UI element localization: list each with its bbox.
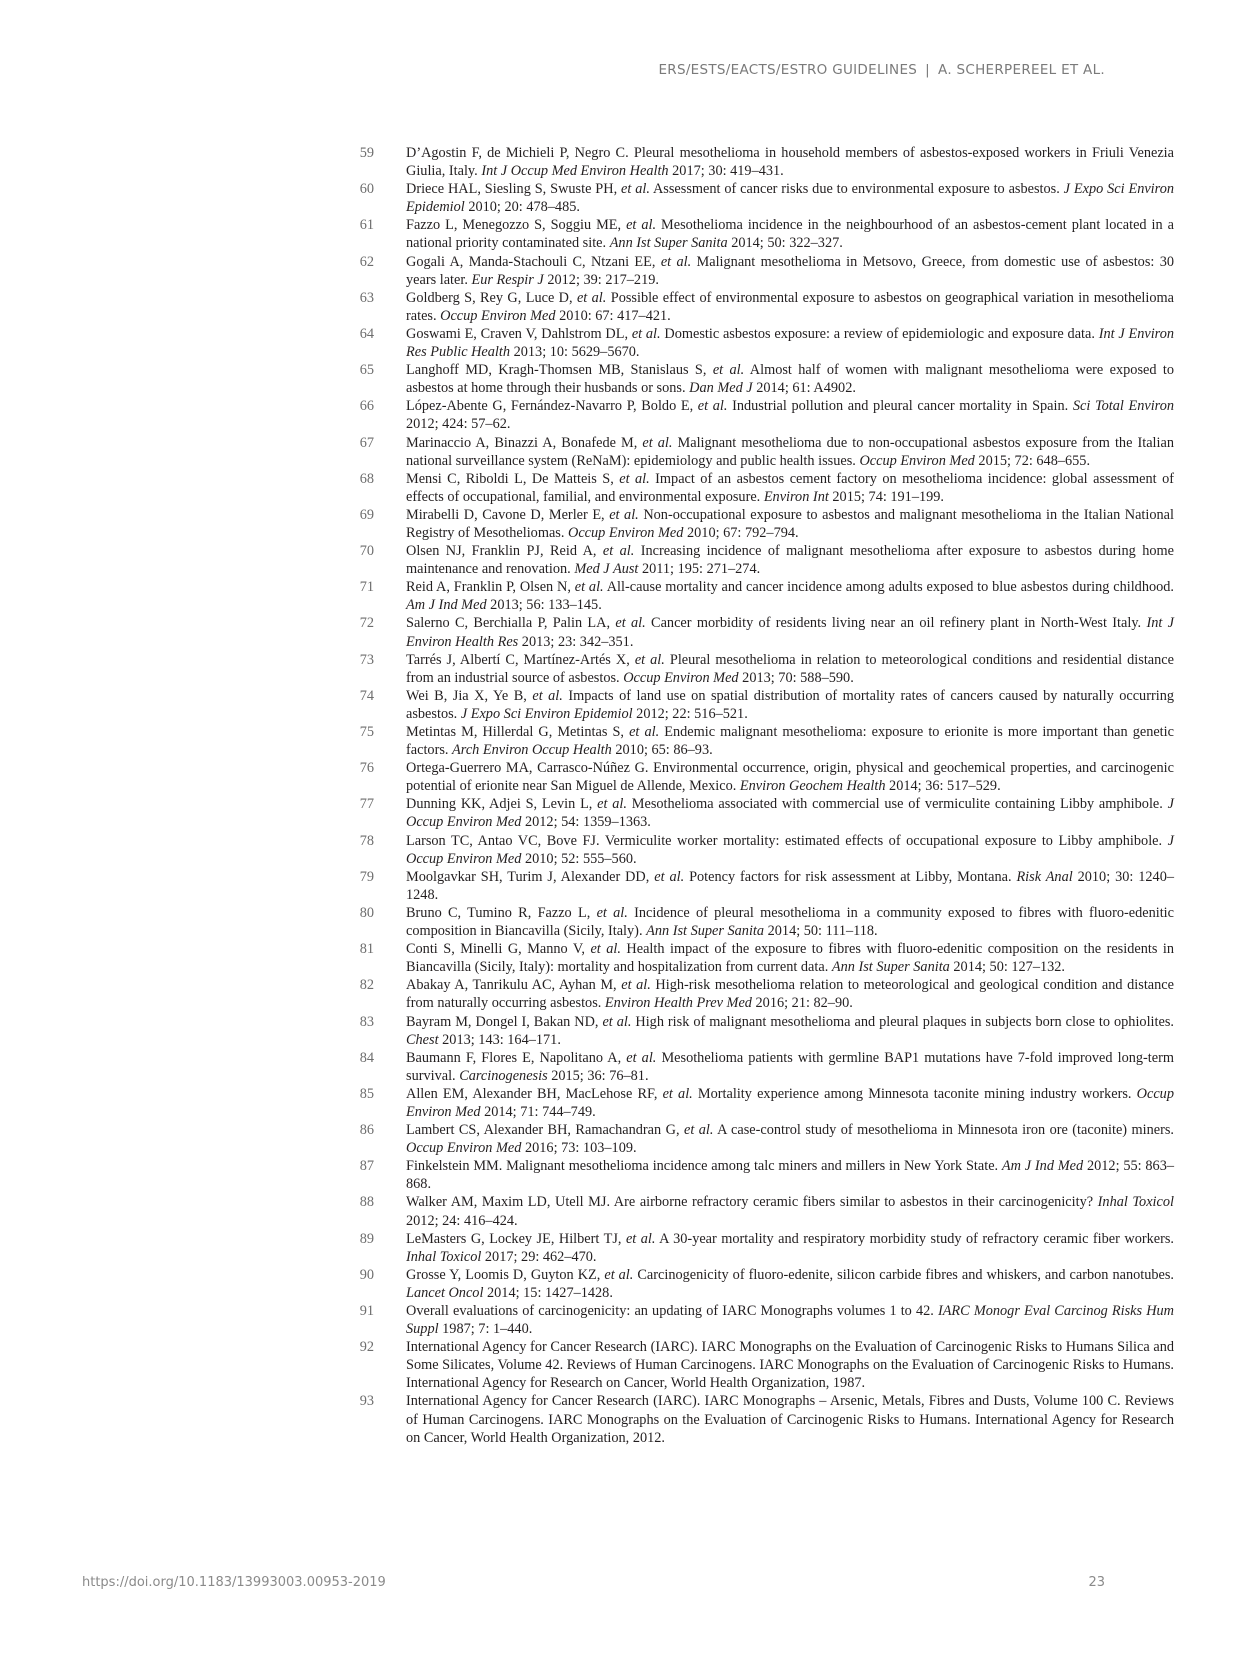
author-line: A. SCHERPEREEL ET AL. <box>938 62 1105 78</box>
reference-citation: 2010: 67: 417–421. <box>556 308 671 324</box>
reference-text: Driece HAL, Siesling S, Swuste PH, <box>406 181 621 197</box>
reference-item: 85Allen EM, Alexander BH, MacLehose RF, … <box>352 1085 1174 1121</box>
reference-text: López-Abente G, Fernández-Navarro P, Bol… <box>406 398 698 414</box>
reference-number: 78 <box>352 832 374 850</box>
reference-number: 87 <box>352 1157 374 1175</box>
reference-et-al: et al. <box>635 652 665 668</box>
reference-et-al: et al. <box>684 1122 713 1138</box>
reference-citation: 2013; 70: 588–590. <box>739 670 854 686</box>
reference-text: Finkelstein MM. Malignant mesothelioma i… <box>406 1158 1002 1174</box>
reference-citation: 2015; 74: 191–199. <box>829 489 944 505</box>
page-number: 23 <box>1088 1575 1105 1590</box>
reference-journal: Eur Respir J <box>472 272 544 288</box>
journal-section: ERS/ESTS/EACTS/ESTRO GUIDELINES <box>658 62 917 78</box>
reference-number: 93 <box>352 1392 374 1410</box>
reference-item: 77Dunning KK, Adjei S, Levin L, et al. M… <box>352 795 1174 831</box>
reference-citation: 2015; 36: 76–81. <box>548 1068 649 1084</box>
reference-et-al: et al. <box>575 579 604 595</box>
reference-item: 75Metintas M, Hillerdal G, Metintas S, e… <box>352 723 1174 759</box>
reference-item: 72Salerno C, Berchialla P, Palin LA, et … <box>352 614 1174 650</box>
reference-text: International Agency for Cancer Research… <box>406 1339 1174 1391</box>
reference-number: 92 <box>352 1338 374 1356</box>
reference-number: 84 <box>352 1049 374 1067</box>
reference-item: 81Conti S, Minelli G, Manno V, et al. He… <box>352 940 1174 976</box>
reference-journal: Am J Ind Med <box>406 597 487 613</box>
reference-item: 79Moolgavkar SH, Turim J, Alexander DD, … <box>352 868 1174 904</box>
reference-citation: 2016; 73: 103–109. <box>521 1140 636 1156</box>
reference-number: 62 <box>352 253 374 271</box>
reference-item: 73Tarrés J, Albertí C, Martínez-Artés X,… <box>352 651 1174 687</box>
reference-et-al: et al. <box>619 471 649 487</box>
reference-item: 89LeMasters G, Lockey JE, Hilbert TJ, et… <box>352 1230 1174 1266</box>
reference-journal: Lancet Oncol <box>406 1285 483 1301</box>
reference-number: 74 <box>352 687 374 705</box>
reference-item: 91Overall evaluations of carcinogenicity… <box>352 1302 1174 1338</box>
reference-et-al: et al. <box>713 362 744 378</box>
reference-text: Metintas M, Hillerdal G, Metintas S, <box>406 724 629 740</box>
reference-number: 90 <box>352 1266 374 1284</box>
reference-item: 82Abakay A, Tanrikulu AC, Ayhan M, et al… <box>352 976 1174 1012</box>
reference-title: Domestic asbestos exposure: a review of … <box>661 326 1099 342</box>
reference-et-al: et al. <box>615 615 645 631</box>
reference-text: LeMasters G, Lockey JE, Hilbert TJ, <box>406 1231 626 1247</box>
reference-citation: 2013; 143: 164–171. <box>439 1032 561 1048</box>
reference-number: 80 <box>352 904 374 922</box>
reference-number: 67 <box>352 434 374 452</box>
reference-number: 82 <box>352 976 374 994</box>
reference-item: 93International Agency for Cancer Resear… <box>352 1392 1174 1446</box>
reference-citation: 2012; 54: 1359–1363. <box>521 814 650 830</box>
reference-number: 70 <box>352 542 374 560</box>
reference-number: 76 <box>352 759 374 777</box>
reference-text: Goldberg S, Rey G, Luce D, <box>406 290 577 306</box>
reference-number: 68 <box>352 470 374 488</box>
reference-number: 79 <box>352 868 374 886</box>
reference-title: Industrial pollution and pleural cancer … <box>727 398 1072 414</box>
reference-item: 86Lambert CS, Alexander BH, Ramachandran… <box>352 1121 1174 1157</box>
reference-item: 92International Agency for Cancer Resear… <box>352 1338 1174 1392</box>
reference-et-al: et al. <box>661 254 691 270</box>
reference-number: 81 <box>352 940 374 958</box>
reference-citation: 2013; 56: 133–145. <box>487 597 602 613</box>
reference-text: International Agency for Cancer Research… <box>406 1393 1174 1445</box>
reference-item: 64Goswami E, Craven V, Dahlstrom DL, et … <box>352 325 1174 361</box>
reference-title: High risk of malignant mesothelioma and … <box>631 1014 1174 1030</box>
reference-text: Walker AM, Maxim LD, Utell MJ. Are airbo… <box>406 1194 1098 1210</box>
reference-et-al: et al. <box>626 1231 656 1247</box>
reference-item: 59D’Agostin F, de Michieli P, Negro C. P… <box>352 144 1174 180</box>
reference-item: 61Fazzo L, Menegozzo S, Soggiu ME, et al… <box>352 216 1174 252</box>
reference-journal: Ann Ist Super Sanita <box>610 235 728 251</box>
reference-citation: 2012; 39: 217–219. <box>544 272 659 288</box>
reference-number: 64 <box>352 325 374 343</box>
reference-text: Fazzo L, Menegozzo S, Soggiu ME, <box>406 217 626 233</box>
reference-item: 80Bruno C, Tumino R, Fazzo L, et al. Inc… <box>352 904 1174 940</box>
reference-text: Marinaccio A, Binazzi A, Bonafede M, <box>406 435 642 451</box>
reference-citation: 2010; 67: 792–794. <box>683 525 798 541</box>
reference-journal: Environ Int <box>764 489 829 505</box>
reference-et-al: et al. <box>626 217 656 233</box>
reference-text: Olsen NJ, Franklin PJ, Reid A, <box>406 543 603 559</box>
reference-citation: 2010; 65: 86–93. <box>612 742 713 758</box>
reference-item: 74Wei B, Jia X, Ye B, et al. Impacts of … <box>352 687 1174 723</box>
reference-journal: Dan Med J <box>689 380 753 396</box>
reference-et-al: et al. <box>532 688 563 704</box>
reference-et-al: et al. <box>597 796 627 812</box>
reference-journal: Med J Aust <box>574 561 638 577</box>
reference-number: 61 <box>352 216 374 234</box>
reference-text: Wei B, Jia X, Ye B, <box>406 688 532 704</box>
reference-item: 60Driece HAL, Siesling S, Swuste PH, et … <box>352 180 1174 216</box>
reference-journal: Occup Environ Med <box>440 308 555 324</box>
reference-journal: Chest <box>406 1032 439 1048</box>
reference-number: 83 <box>352 1013 374 1031</box>
reference-et-al: et al. <box>626 1050 656 1066</box>
doi-link[interactable]: https://doi.org/10.1183/13993003.00953-2… <box>82 1575 386 1590</box>
reference-et-al: et al. <box>642 435 672 451</box>
reference-text: Conti S, Minelli G, Manno V, <box>406 941 590 957</box>
reference-text: Allen EM, Alexander BH, MacLehose RF, <box>406 1086 663 1102</box>
reference-number: 69 <box>352 506 374 524</box>
reference-journal: J Expo Sci Environ Epidemiol <box>461 706 633 722</box>
reference-text: Overall evaluations of carcinogenicity: … <box>406 1303 938 1319</box>
reference-citation: 2013; 10: 5629–5670. <box>510 344 639 360</box>
reference-text: Lambert CS, Alexander BH, Ramachandran G… <box>406 1122 684 1138</box>
reference-citation: 2012; 24: 416–424. <box>406 1213 518 1229</box>
reference-text: Abakay A, Tanrikulu AC, Ayhan M, <box>406 977 621 993</box>
reference-list: 59D’Agostin F, de Michieli P, Negro C. P… <box>352 144 1174 1447</box>
reference-title: A 30-year mortality and respiratory morb… <box>655 1231 1174 1247</box>
reference-citation: 2014; 50: 127–132. <box>950 959 1065 975</box>
reference-et-al: et al. <box>603 543 634 559</box>
reference-item: 69Mirabelli D, Cavone D, Merler E, et al… <box>352 506 1174 542</box>
reference-text: Mirabelli D, Cavone D, Merler E, <box>406 507 609 523</box>
reference-et-al: et al. <box>597 905 628 921</box>
reference-item: 90Grosse Y, Loomis D, Guyton KZ, et al. … <box>352 1266 1174 1302</box>
reference-number: 88 <box>352 1193 374 1211</box>
reference-journal: Carcinogenesis <box>459 1068 547 1084</box>
reference-text: Grosse Y, Loomis D, Guyton KZ, <box>406 1267 604 1283</box>
reference-title: Assessment of cancer risks due to enviro… <box>650 181 1064 197</box>
reference-item: 88Walker AM, Maxim LD, Utell MJ. Are air… <box>352 1193 1174 1229</box>
reference-number: 91 <box>352 1302 374 1320</box>
reference-journal: Occup Environ Med <box>406 1140 521 1156</box>
reference-title: Carcinogenicity of fluoro-edenite, silic… <box>633 1267 1174 1283</box>
reference-citation: 2012; 22: 516–521. <box>633 706 748 722</box>
reference-et-al: et al. <box>654 869 684 885</box>
reference-journal: Occup Environ Med <box>859 453 974 469</box>
reference-et-al: et al. <box>577 290 606 306</box>
reference-item: 67Marinaccio A, Binazzi A, Bonafede M, e… <box>352 434 1174 470</box>
reference-text: Reid A, Franklin P, Olsen N, <box>406 579 575 595</box>
reference-citation: 2013; 23: 342–351. <box>518 634 633 650</box>
reference-text: Bayram M, Dongel I, Bakan ND, <box>406 1014 602 1030</box>
reference-number: 86 <box>352 1121 374 1139</box>
reference-text: Dunning KK, Adjei S, Levin L, <box>406 796 597 812</box>
reference-citation: 2014; 61: A4902. <box>753 380 856 396</box>
reference-item: 87Finkelstein MM. Malignant mesothelioma… <box>352 1157 1174 1193</box>
reference-item: 68Mensi C, Riboldi L, De Matteis S, et a… <box>352 470 1174 506</box>
reference-journal: Occup Environ Med <box>568 525 683 541</box>
reference-item: 71Reid A, Franklin P, Olsen N, et al. Al… <box>352 578 1174 614</box>
reference-title: Mesothelioma associated with commercial … <box>627 796 1168 812</box>
reference-item: 65Langhoff MD, Kragh-Thomsen MB, Stanisl… <box>352 361 1174 397</box>
reference-item: 66López-Abente G, Fernández-Navarro P, B… <box>352 397 1174 433</box>
reference-citation: 2014; 50: 111–118. <box>764 923 878 939</box>
reference-citation: 2014; 15: 1427–1428. <box>483 1285 612 1301</box>
reference-journal: Ann Ist Super Sanita <box>832 959 950 975</box>
reference-et-al: et al. <box>621 977 651 993</box>
reference-journal: Ann Ist Super Sanita <box>646 923 764 939</box>
reference-et-al: et al. <box>609 507 639 523</box>
reference-text: Bruno C, Tumino R, Fazzo L, <box>406 905 597 921</box>
reference-citation: 2017; 29: 462–470. <box>481 1249 596 1265</box>
reference-number: 77 <box>352 795 374 813</box>
reference-text: Tarrés J, Albertí C, Martínez-Artés X, <box>406 652 635 668</box>
reference-item: 78Larson TC, Antao VC, Bove FJ. Vermicul… <box>352 832 1174 868</box>
reference-et-al: et al. <box>602 1014 631 1030</box>
reference-citation: 2017; 30: 419–431. <box>669 163 784 179</box>
reference-number: 65 <box>352 361 374 379</box>
reference-number: 59 <box>352 144 374 162</box>
reference-citation: 1987; 7: 1–440. <box>439 1321 533 1337</box>
reference-journal: Sci Total Environ <box>1073 398 1174 414</box>
reference-et-al: et al. <box>590 941 621 957</box>
reference-citation: 2012; 424: 57–62. <box>406 416 510 432</box>
reference-journal: Environ Health Prev Med <box>605 995 752 1011</box>
reference-item: 70Olsen NJ, Franklin PJ, Reid A, et al. … <box>352 542 1174 578</box>
reference-text: Mensi C, Riboldi L, De Matteis S, <box>406 471 619 487</box>
reference-title: All-cause mortality and cancer incidence… <box>604 579 1174 595</box>
reference-et-al: et al. <box>663 1086 693 1102</box>
reference-number: 73 <box>352 651 374 669</box>
reference-citation: 2015; 72: 648–655. <box>975 453 1090 469</box>
reference-item: 62Gogali A, Manda-Stachouli C, Ntzani EE… <box>352 253 1174 289</box>
reference-title: Cancer morbidity of residents living nea… <box>646 615 1147 631</box>
reference-text: Langhoff MD, Kragh-Thomsen MB, Stanislau… <box>406 362 713 378</box>
reference-number: 85 <box>352 1085 374 1103</box>
reference-citation: 2010; 52: 555–560. <box>521 851 636 867</box>
running-head: ERS/ESTS/EACTS/ESTRO GUIDELINES|A. SCHER… <box>658 62 1105 78</box>
reference-et-al: et al. <box>629 724 659 740</box>
reference-item: 63Goldberg S, Rey G, Luce D, et al. Poss… <box>352 289 1174 325</box>
reference-number: 60 <box>352 180 374 198</box>
reference-et-al: et al. <box>604 1267 633 1283</box>
reference-item: 84Baumann F, Flores E, Napolitano A, et … <box>352 1049 1174 1085</box>
reference-citation: 2016; 21: 82–90. <box>752 995 853 1011</box>
reference-et-al: et al. <box>698 398 728 414</box>
reference-citation: 2014; 50: 322–327. <box>728 235 843 251</box>
reference-text: Goswami E, Craven V, Dahlstrom DL, <box>406 326 632 342</box>
reference-number: 75 <box>352 723 374 741</box>
reference-text: Moolgavkar SH, Turim J, Alexander DD, <box>406 869 654 885</box>
reference-text: Gogali A, Manda-Stachouli C, Ntzani EE, <box>406 254 661 270</box>
reference-citation: 2010; 20: 478–485. <box>465 199 580 215</box>
reference-et-al: et al. <box>632 326 661 342</box>
reference-citation: 2014; 36: 517–529. <box>885 778 1000 794</box>
reference-journal: Inhal Toxicol <box>1098 1194 1174 1210</box>
reference-text: Larson TC, Antao VC, Bove FJ. Vermiculit… <box>406 833 1168 849</box>
reference-title: Potency factors for risk assessment at L… <box>684 869 1016 885</box>
reference-citation: 2011; 195: 271–274. <box>638 561 760 577</box>
reference-item: 83Bayram M, Dongel I, Bakan ND, et al. H… <box>352 1013 1174 1049</box>
reference-journal: Inhal Toxicol <box>406 1249 481 1265</box>
reference-item: 76Ortega-Guerrero MA, Carrasco-Núñez G. … <box>352 759 1174 795</box>
reference-number: 66 <box>352 397 374 415</box>
reference-title: Mortality experience among Minnesota tac… <box>693 1086 1137 1102</box>
header-separator: | <box>925 62 930 78</box>
reference-journal: Occup Environ Med <box>623 670 738 686</box>
reference-text: Baumann F, Flores E, Napolitano A, <box>406 1050 626 1066</box>
reference-title: A case-control study of mesothelioma in … <box>713 1122 1174 1138</box>
reference-journal: Risk Anal <box>1016 869 1072 885</box>
reference-et-al: et al. <box>621 181 650 197</box>
reference-citation: 2014; 71: 744–749. <box>481 1104 596 1120</box>
reference-text: Salerno C, Berchialla P, Palin LA, <box>406 615 615 631</box>
reference-journal: Am J Ind Med <box>1002 1158 1083 1174</box>
reference-number: 71 <box>352 578 374 596</box>
reference-journal: Arch Environ Occup Health <box>452 742 612 758</box>
reference-number: 63 <box>352 289 374 307</box>
reference-number: 89 <box>352 1230 374 1248</box>
reference-number: 72 <box>352 614 374 632</box>
reference-journal: Environ Geochem Health <box>740 778 886 794</box>
reference-journal: Int J Occup Med Environ Health <box>481 163 668 179</box>
